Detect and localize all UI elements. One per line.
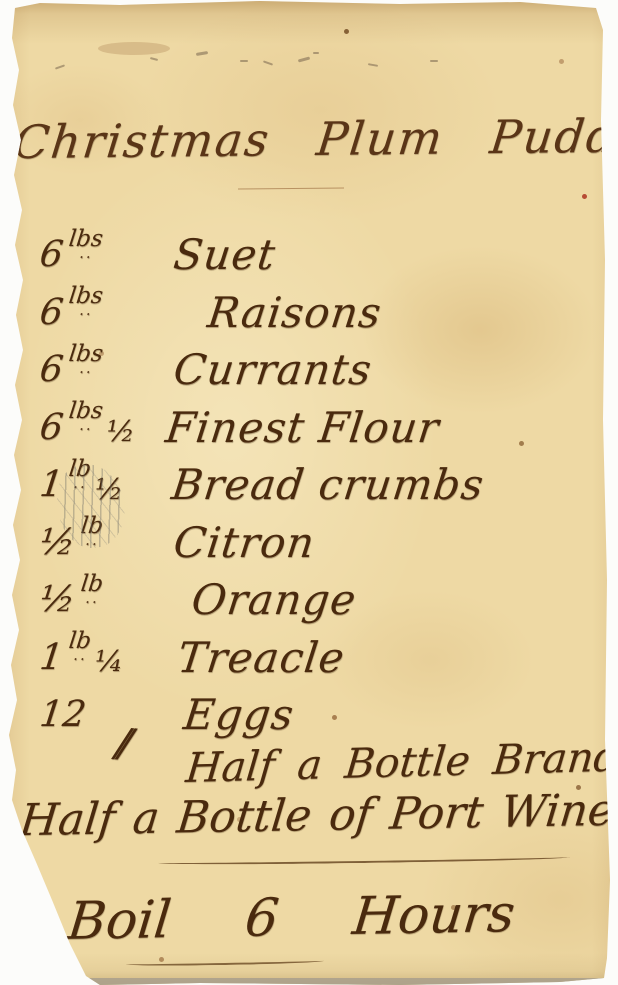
ingredient-quantity: 6lbs.. bbox=[40, 349, 162, 390]
ingredient-quantity: 12 bbox=[40, 694, 162, 735]
bleed-mark bbox=[430, 60, 438, 62]
ingredient-row: 6lbs.. Currants bbox=[40, 341, 610, 399]
bleed-mark bbox=[263, 60, 273, 65]
ingredient-row: 1lb..¼ Treacle bbox=[40, 629, 610, 687]
paper-specks bbox=[0, 0, 3, 3]
ingredient-name: Finest Flour bbox=[163, 403, 442, 452]
paper-sheet: Christmas Plum Pudding 6lbs.. Suet 6lbs.… bbox=[0, 0, 618, 985]
bleed-mark bbox=[150, 57, 158, 61]
unit-abbreviation: lbs.. bbox=[69, 229, 103, 257]
title-underline bbox=[238, 188, 344, 190]
ingredient-name: Citron bbox=[171, 518, 318, 567]
ingredient-name: Eggs bbox=[181, 690, 297, 739]
ingredient-list: 6lbs.. Suet 6lbs.. Raisons 6lbs.. Curran… bbox=[40, 226, 610, 744]
ingredient-quantity: 1lb..¼ bbox=[40, 637, 162, 678]
ingredient-quantity: ½lb.. bbox=[40, 579, 162, 620]
scan-edge-shadow bbox=[64, 978, 618, 985]
bleed-mark bbox=[196, 51, 208, 56]
instruction-underline bbox=[126, 958, 324, 966]
ingredient-name: Currants bbox=[171, 345, 375, 394]
unit-abbreviation: lb.. bbox=[81, 574, 103, 602]
ingredient-name: Raisons bbox=[205, 288, 385, 337]
ingredient-quantity: 6lbs.. bbox=[40, 234, 162, 275]
ingredient-quantity: 6lbs..½ bbox=[40, 407, 162, 448]
recipe-title: Christmas Plum Pudding bbox=[14, 109, 611, 169]
ingredient-row: 6lbs.. Raisons bbox=[40, 284, 610, 342]
unit-abbreviation: lbs.. bbox=[69, 401, 103, 429]
bleed-smudge bbox=[98, 42, 170, 55]
unit-abbreviation: lb.. bbox=[69, 631, 91, 659]
recipe-title-text: Christmas Plum Pudding bbox=[11, 108, 618, 169]
unit-abbreviation: lbs.. bbox=[69, 286, 103, 314]
ingredient-name: Suet bbox=[171, 230, 279, 279]
unit-abbreviation: lbs.. bbox=[69, 344, 103, 372]
bleed-mark bbox=[298, 56, 310, 62]
bleed-mark bbox=[313, 52, 319, 54]
ingredient-row: 1lb..½ Bread crumbs bbox=[40, 456, 610, 514]
bleed-mark bbox=[368, 63, 378, 67]
boil-instruction: Boil 6 Hours bbox=[68, 884, 516, 952]
ingredient-row: ½lb.. Citron bbox=[40, 514, 610, 572]
ingredient-name: Orange bbox=[189, 575, 359, 624]
ingredient-row: ½lb.. Orange bbox=[40, 571, 610, 629]
ingredient-row: 6lbs.. Suet bbox=[40, 226, 610, 284]
fraction: ½ bbox=[107, 414, 135, 448]
ingredient-name: Bread crumbs bbox=[169, 460, 487, 509]
scanned-recipe-page: Christmas Plum Pudding 6lbs.. Suet 6lbs.… bbox=[0, 0, 618, 985]
ingredient-row: 6lbs..½ Finest Flour bbox=[40, 399, 610, 457]
fraction: ¼ bbox=[95, 644, 123, 678]
port-wine-line: Half a Bottle of Port Wine bbox=[20, 785, 615, 846]
port-wine-underline bbox=[158, 854, 570, 866]
ingredient-name: Treacle bbox=[175, 633, 348, 682]
bleed-mark bbox=[55, 64, 65, 69]
bleed-mark bbox=[240, 60, 248, 62]
ingredient-quantity: 6lbs.. bbox=[40, 292, 162, 333]
